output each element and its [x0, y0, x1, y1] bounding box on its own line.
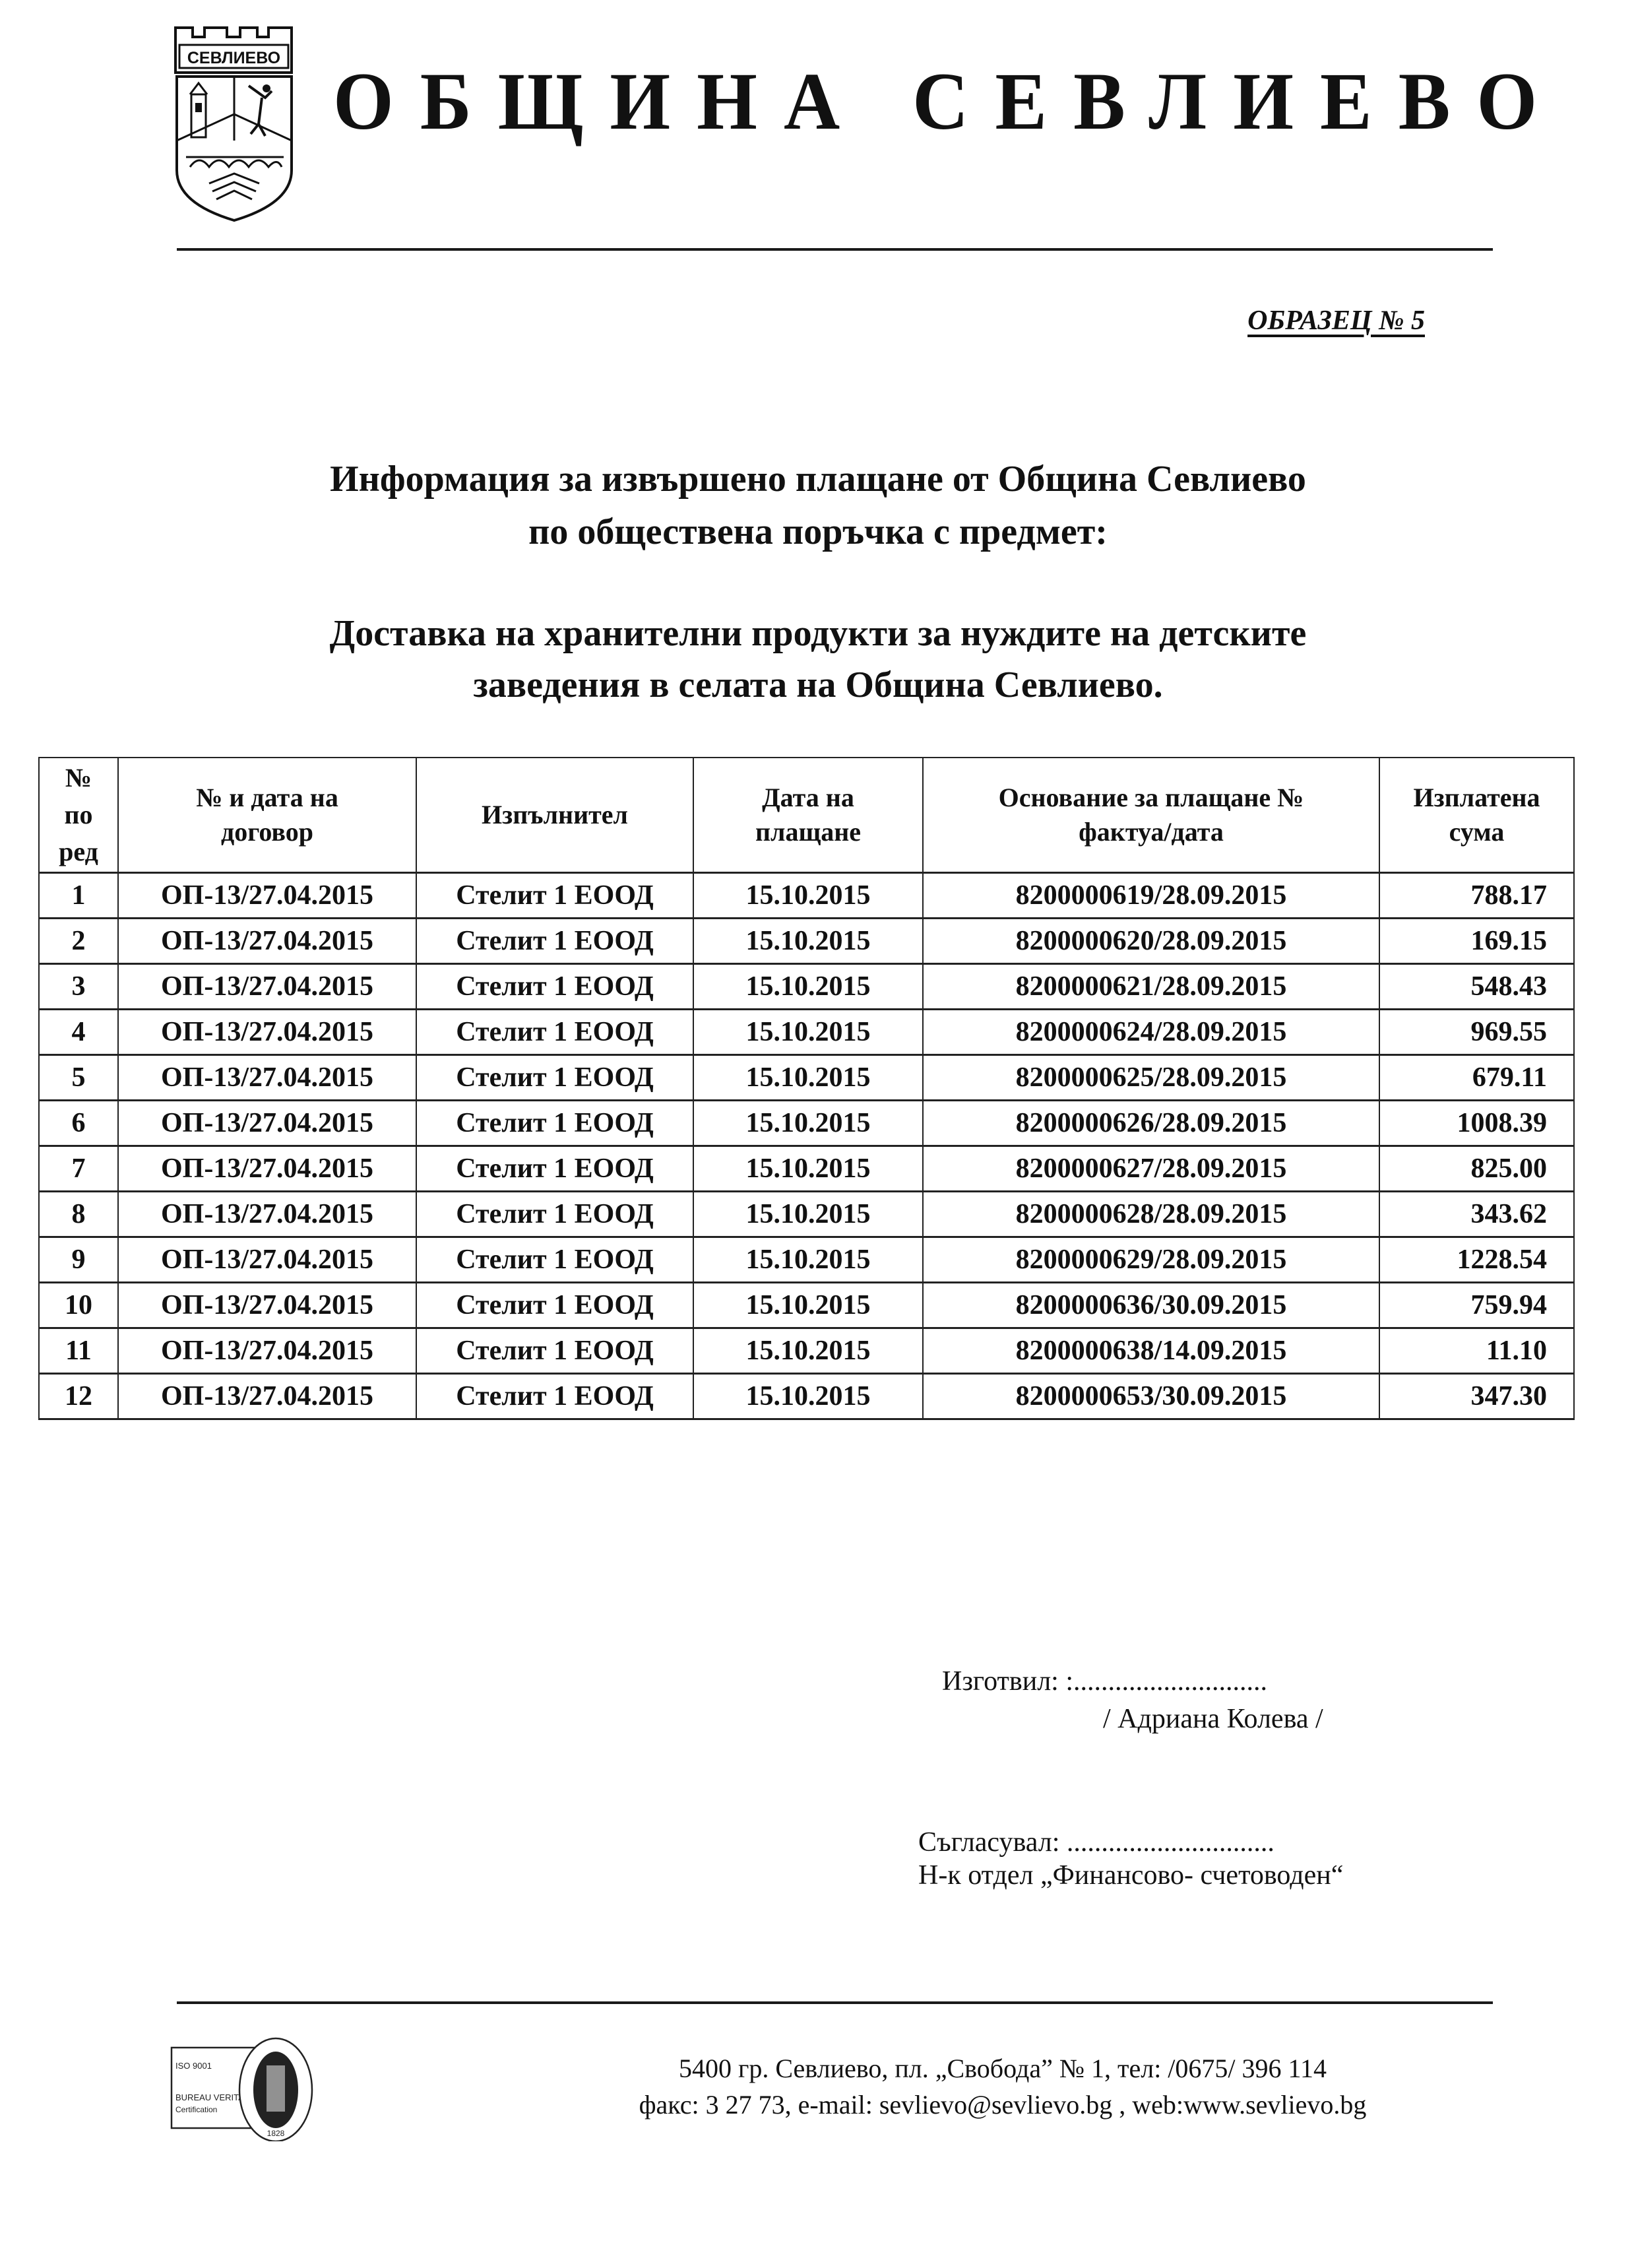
svg-text:СЕВЛИЕВО: СЕВЛИЕВО: [187, 49, 280, 67]
payment-date-cell: 15.10.2015: [693, 1146, 923, 1192]
contract-cell: ОП-13/27.04.2015: [118, 1237, 416, 1283]
col-header-payment-date: Дата на плащане: [693, 758, 923, 873]
payment-date-cell: 15.10.2015: [693, 919, 923, 964]
subject-line-1: Доставка на хранителни продукти за нужди…: [0, 615, 1636, 652]
row-number-cell: 3: [39, 964, 118, 1010]
table-row: 8ОП-13/27.04.2015Стелит 1 ЕООД15.10.2015…: [39, 1192, 1574, 1237]
amount-cell: 788.17: [1379, 873, 1574, 919]
svg-text:1828: 1828: [267, 2129, 285, 2138]
table-row: 9ОП-13/27.04.2015Стелит 1 ЕООД15.10.2015…: [39, 1237, 1574, 1283]
table-row: 6ОП-13/27.04.2015Стелит 1 ЕООД15.10.2015…: [39, 1101, 1574, 1146]
prepared-by-line: Изготвил: :............................: [942, 1668, 1267, 1695]
contractor-cell: Стелит 1 ЕООД: [416, 873, 693, 919]
contract-cell: ОП-13/27.04.2015: [118, 873, 416, 919]
contract-cell: ОП-13/27.04.2015: [118, 1010, 416, 1055]
payment-basis-cell: 8200000627/28.09.2015: [923, 1146, 1379, 1192]
coat-of-arms-logo: СЕВЛИЕВО: [173, 25, 295, 223]
payment-basis-cell: 8200000621/28.09.2015: [923, 964, 1379, 1010]
payment-date-cell: 15.10.2015: [693, 1101, 923, 1146]
payment-basis-cell: 8200000636/30.09.2015: [923, 1283, 1379, 1328]
amount-cell: 343.62: [1379, 1192, 1574, 1237]
amount-cell: 825.00: [1379, 1146, 1574, 1192]
amount-cell: 1228.54: [1379, 1237, 1574, 1283]
contract-cell: ОП-13/27.04.2015: [118, 1146, 416, 1192]
contract-cell: ОП-13/27.04.2015: [118, 1055, 416, 1101]
table-row: 2ОП-13/27.04.2015Стелит 1 ЕООД15.10.2015…: [39, 919, 1574, 964]
payment-basis-cell: 8200000638/14.09.2015: [923, 1328, 1379, 1374]
table-row: 3ОП-13/27.04.2015Стелит 1 ЕООД15.10.2015…: [39, 964, 1574, 1010]
table-row: 7ОП-13/27.04.2015Стелит 1 ЕООД15.10.2015…: [39, 1146, 1574, 1192]
col-header-contract: № и дата на договор: [118, 758, 416, 873]
payment-basis-cell: 8200000626/28.09.2015: [923, 1101, 1379, 1146]
contract-cell: ОП-13/27.04.2015: [118, 919, 416, 964]
organization-title: ОБЩИНАСЕВЛИЕВО: [333, 61, 1563, 143]
contract-cell: ОП-13/27.04.2015: [118, 1328, 416, 1374]
prepared-by-name: / Адриана Колева /: [1103, 1705, 1323, 1733]
header-divider: [177, 248, 1493, 251]
row-number-cell: 9: [39, 1237, 118, 1283]
table-row: 11ОП-13/27.04.2015Стелит 1 ЕООД15.10.201…: [39, 1328, 1574, 1374]
amount-cell: 759.94: [1379, 1283, 1574, 1328]
bureau-veritas-certification-logo: ISO 9001 BUREAU VERITAS Certification 18…: [170, 2029, 375, 2141]
payment-basis-cell: 8200000653/30.09.2015: [923, 1374, 1379, 1419]
contract-cell: ОП-13/27.04.2015: [118, 1101, 416, 1146]
contract-cell: ОП-13/27.04.2015: [118, 1192, 416, 1237]
table-row: 1ОП-13/27.04.2015Стелит 1 ЕООД15.10.2015…: [39, 873, 1574, 919]
form-label: ОБРАЗЕЦ № 5: [1247, 305, 1425, 337]
payment-date-cell: 15.10.2015: [693, 1283, 923, 1328]
payment-basis-cell: 8200000619/28.09.2015: [923, 873, 1379, 919]
agreed-by-line: Съгласувал: ............................…: [918, 1829, 1274, 1856]
col-header-contractor: Изпълнител: [416, 758, 693, 873]
contractor-cell: Стелит 1 ЕООД: [416, 1283, 693, 1328]
payment-basis-cell: 8200000625/28.09.2015: [923, 1055, 1379, 1101]
row-number-cell: 11: [39, 1328, 118, 1374]
row-number-cell: 10: [39, 1283, 118, 1328]
table-header-row: № по ред № и дата на договор Изпълнител …: [39, 758, 1574, 873]
payment-date-cell: 15.10.2015: [693, 873, 923, 919]
amount-cell: 11.10: [1379, 1328, 1574, 1374]
table-row: 4ОП-13/27.04.2015Стелит 1 ЕООД15.10.2015…: [39, 1010, 1574, 1055]
table-row: 5ОП-13/27.04.2015Стелит 1 ЕООД15.10.2015…: [39, 1055, 1574, 1101]
contractor-cell: Стелит 1 ЕООД: [416, 1192, 693, 1237]
amount-cell: 169.15: [1379, 919, 1574, 964]
footer-contacts: факс: 3 27 73, e-mail: sevlievo@sevlievo…: [0, 2092, 1636, 2118]
row-number-cell: 7: [39, 1146, 118, 1192]
payment-basis-cell: 8200000629/28.09.2015: [923, 1237, 1379, 1283]
table-body: 1ОП-13/27.04.2015Стелит 1 ЕООД15.10.2015…: [39, 873, 1574, 1419]
payment-date-cell: 15.10.2015: [693, 1237, 923, 1283]
contractor-cell: Стелит 1 ЕООД: [416, 1237, 693, 1283]
row-number-cell: 12: [39, 1374, 118, 1419]
contractor-cell: Стелит 1 ЕООД: [416, 1146, 693, 1192]
contractor-cell: Стелит 1 ЕООД: [416, 1055, 693, 1101]
amount-cell: 679.11: [1379, 1055, 1574, 1101]
row-number-cell: 2: [39, 919, 118, 964]
col-header-payment-basis: Основание за плащане № фактуа/дата: [923, 758, 1379, 873]
row-number-cell: 5: [39, 1055, 118, 1101]
footer-divider: [177, 2001, 1493, 2004]
table-row: 10ОП-13/27.04.2015Стелит 1 ЕООД15.10.201…: [39, 1283, 1574, 1328]
row-number-cell: 4: [39, 1010, 118, 1055]
contract-cell: ОП-13/27.04.2015: [118, 1374, 416, 1419]
amount-cell: 1008.39: [1379, 1101, 1574, 1146]
contract-cell: ОП-13/27.04.2015: [118, 964, 416, 1010]
contractor-cell: Стелит 1 ЕООД: [416, 919, 693, 964]
payment-basis-cell: 8200000628/28.09.2015: [923, 1192, 1379, 1237]
row-number-cell: 1: [39, 873, 118, 919]
payment-basis-cell: 8200000620/28.09.2015: [923, 919, 1379, 964]
row-number-cell: 8: [39, 1192, 118, 1237]
heading-line-1: Информация за извършено плащане от Общин…: [0, 461, 1636, 498]
payment-date-cell: 15.10.2015: [693, 1055, 923, 1101]
org-title-word-2: СЕВЛИЕВО: [912, 56, 1563, 147]
contractor-cell: Стелит 1 ЕООД: [416, 1010, 693, 1055]
contractor-cell: Стелит 1 ЕООД: [416, 1328, 693, 1374]
amount-cell: 548.43: [1379, 964, 1574, 1010]
payment-date-cell: 15.10.2015: [693, 1010, 923, 1055]
org-title-word-1: ОБЩИНА: [333, 56, 866, 147]
payments-table: № по ред № и дата на договор Изпълнител …: [38, 757, 1575, 1420]
heading-line-2: по обществена поръчка с предмет:: [0, 513, 1636, 550]
table-row: 12ОП-13/27.04.2015Стелит 1 ЕООД15.10.201…: [39, 1374, 1574, 1419]
contractor-cell: Стелит 1 ЕООД: [416, 964, 693, 1010]
contractor-cell: Стелит 1 ЕООД: [416, 1374, 693, 1419]
contractor-cell: Стелит 1 ЕООД: [416, 1101, 693, 1146]
amount-cell: 347.30: [1379, 1374, 1574, 1419]
payment-date-cell: 15.10.2015: [693, 1374, 923, 1419]
contract-cell: ОП-13/27.04.2015: [118, 1283, 416, 1328]
col-header-row-number: № по ред: [39, 758, 118, 873]
payment-date-cell: 15.10.2015: [693, 964, 923, 1010]
row-number-cell: 6: [39, 1101, 118, 1146]
col-header-amount: Изплатена сума: [1379, 758, 1574, 873]
agreed-by-role: Н-к отдел „Финансово- счетоводен“: [918, 1862, 1343, 1889]
subject-line-2: заведения в селата на Община Севлиево.: [0, 666, 1636, 703]
footer-address: 5400 гр. Севлиево, пл. „Свобода” № 1, те…: [0, 2056, 1636, 2082]
payment-date-cell: 15.10.2015: [693, 1328, 923, 1374]
amount-cell: 969.55: [1379, 1010, 1574, 1055]
payment-basis-cell: 8200000624/28.09.2015: [923, 1010, 1379, 1055]
payment-date-cell: 15.10.2015: [693, 1192, 923, 1237]
